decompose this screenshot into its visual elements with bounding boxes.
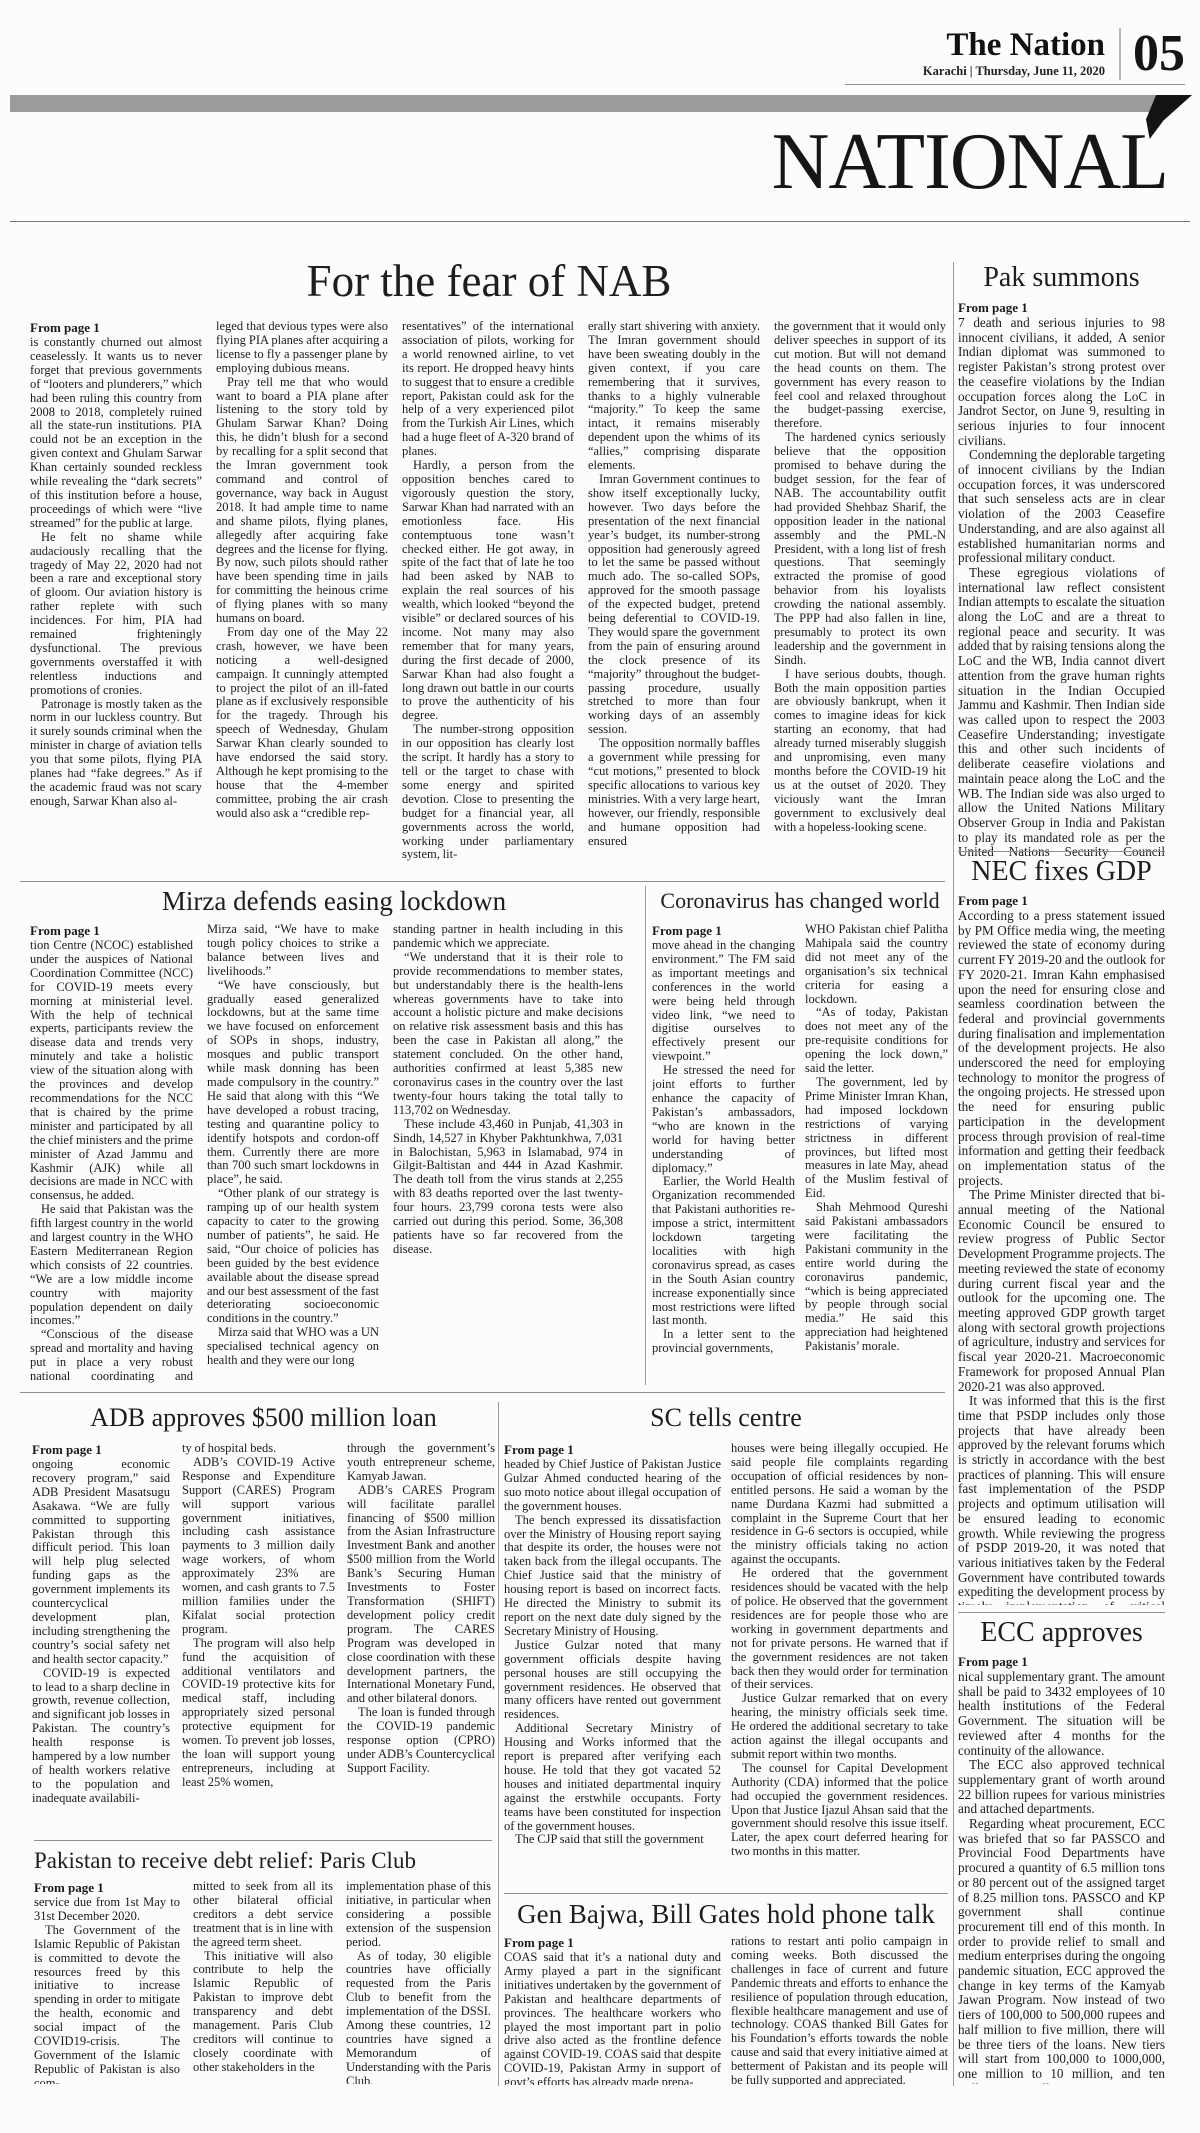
article-paragraph: In a letter sent to the provincial gover…: [652, 1328, 795, 1356]
article-column: ty of hospital beds.ADB’s COVID-19 Activ…: [182, 1442, 335, 1816]
from-page-1-kicker: From page 1: [504, 1442, 721, 1458]
dateline: Karachi | Thursday, June 11, 2020: [923, 64, 1105, 79]
headline-bajwa-gates: Gen Bajwa, Bill Gates hold phone talk: [504, 1897, 948, 1931]
article-paragraph: The Prime Minister directed that bi-annu…: [958, 1188, 1165, 1394]
article-coronavirus-world: Coronavirus has changed world From page …: [652, 886, 948, 1386]
newspaper-page: The Nation Karachi | Thursday, June 11, …: [0, 0, 1200, 2133]
sidebar-rule-nec: [958, 851, 1165, 852]
article-paragraph: The Government of the Islamic Republic o…: [34, 1924, 180, 2084]
headline-coronavirus-world: Coronavirus has changed world: [652, 886, 948, 916]
article-column: implementation phase of this initiative,…: [346, 1880, 491, 2084]
article-paragraph: Shah Mehmood Qureshi said Pakistani amba…: [805, 1201, 948, 1354]
article-paragraph: through the government’s youth entrepren…: [347, 1442, 495, 1484]
article-paragraph: “Other plank of our strategy is ramping …: [207, 1187, 379, 1326]
headline-mirza-lockdown: Mirza defends easing lockdown: [30, 886, 638, 917]
article-paragraph: Condemning the deplorable targeting of i…: [958, 448, 1165, 566]
article-column: From page 1service due from 1st May to 3…: [34, 1880, 180, 2084]
article-paragraph: Mirza said, “We have to make tough polic…: [207, 923, 379, 979]
article-column: standing partner in health including in …: [393, 923, 623, 1385]
headline-sc-tells-centre: SC tells centre: [504, 1402, 948, 1434]
article-paragraph: “We have consciously, but gradually ease…: [207, 979, 379, 1188]
article-column: From page 1is constantly churned out alm…: [30, 320, 202, 868]
article-column: erally start shivering with anxiety. The…: [588, 320, 760, 868]
from-page-1-kicker: From page 1: [958, 893, 1165, 909]
article-adb-loan: ADB approves $500 million loan From page…: [32, 1402, 495, 1840]
article-column: From page 1tion Centre (NCOC) establishe…: [30, 923, 193, 1385]
article-paragraph: The CJP said that still the government: [504, 1833, 721, 1847]
page-header: The Nation Karachi | Thursday, June 11, …: [845, 28, 1185, 80]
article-paragraph: headed by Chief Justice of Pakistan Just…: [504, 1458, 721, 1514]
from-page-1-kicker: From page 1: [34, 1880, 180, 1896]
section-label: NATIONAL: [690, 120, 1168, 204]
lower-rule: [20, 1392, 945, 1393]
paris-rule: [34, 1840, 492, 1841]
midpage-rule: [20, 881, 945, 882]
article-paragraph: He ordered that the government residence…: [731, 1567, 948, 1692]
article-paragraph: Hardly, a person from the opposition ben…: [402, 459, 574, 723]
from-page-1-kicker: From page 1: [958, 1654, 1165, 1670]
article-for-the-fear-of-nab: For the fear of NAB From page 1is consta…: [30, 244, 948, 868]
headline-ecc-approves: ECC approves: [958, 1617, 1165, 1649]
article-paragraph: These include 43,460 in Punjab, 41,303 i…: [393, 1118, 623, 1257]
article-paragraph: is constantly churned out almost ceasele…: [30, 336, 202, 531]
article-paragraph: He stressed the need for joint efforts t…: [652, 1064, 795, 1175]
article-pak-summons: Pak summons From page 17 death and serio…: [958, 262, 1165, 862]
article-column: resentatives” of the international assoc…: [402, 320, 574, 868]
article-paragraph: He felt no shame while audaciously recal…: [30, 531, 202, 698]
article-paragraph: houses were being illegally occupied. He…: [731, 1442, 948, 1567]
article-ecc-approves: ECC approves From page 1nical supplement…: [958, 1617, 1165, 2087]
article-paragraph: The counsel for Capital Development Auth…: [731, 1762, 948, 1859]
sidebar-divider: [953, 262, 954, 2086]
article-paragraph: He said that Pakistan was the fifth larg…: [30, 1203, 193, 1328]
article-paragraph: Additional Secretary Ministry of Housing…: [504, 1722, 721, 1833]
headline-nec-fixes-gdp: NEC fixes GDP: [958, 856, 1165, 888]
article-paragraph: As of today, 30 eligible countries have …: [346, 1950, 491, 2084]
headline-pak-summons: Pak summons: [958, 262, 1165, 294]
article-paragraph: ADB’s COVID-19 Active Response and Expen…: [182, 1456, 335, 1637]
article-bajwa-gates: Gen Bajwa, Bill Gates hold phone talk Fr…: [504, 1897, 948, 2089]
article-paragraph: service due from 1st May to 31st Decembe…: [34, 1896, 180, 1924]
mirza-corona-divider: [645, 886, 646, 1385]
article-column: through the government’s youth entrepren…: [347, 1442, 495, 1816]
article-paragraph: The opposition normally baffles a govern…: [588, 737, 760, 848]
article-paragraph: Justice Gulzar remarked that on every he…: [731, 1692, 948, 1762]
article-paragraph: COAS said that it’s a national duty and …: [504, 1951, 721, 2085]
article-paragraph: the government that it would only delive…: [774, 320, 946, 431]
article-paragraph: “We understand that it is their role to …: [393, 951, 623, 1118]
newspaper-masthead: The Nation: [923, 28, 1105, 62]
page-number: 05: [1133, 28, 1185, 80]
article-paragraph: The hardened cynics seriously believe th…: [774, 431, 946, 667]
headline-for-the-fear-of-nab: For the fear of NAB: [30, 256, 948, 306]
article-column: From page 1According to a press statemen…: [958, 893, 1165, 1605]
article-column: mitted to seek from all its other bilate…: [193, 1880, 333, 2084]
headline-paris-club: Pakistan to receive debt relief: Paris C…: [34, 1846, 493, 1876]
article-paragraph: COVID-19 is expected to lead to a sharp …: [32, 1667, 170, 1806]
article-column: From page 17 death and serious injuries …: [958, 300, 1165, 860]
article-paragraph: standing partner in health including in …: [393, 923, 623, 951]
from-page-1-kicker: From page 1: [32, 1442, 170, 1458]
header-rule: [845, 84, 1185, 85]
banner-rule: [10, 221, 1190, 222]
article-paragraph: Earlier, the World Health Organization r…: [652, 1175, 795, 1328]
article-paragraph: ADB’s CARES Program will facilitate para…: [347, 1484, 495, 1707]
article-paragraph: move ahead in the changing environment.”…: [652, 939, 795, 1064]
from-page-1-kicker: From page 1: [958, 300, 1165, 316]
article-paragraph: These egregious violations of internatio…: [958, 566, 1165, 860]
from-page-1-kicker: From page 1: [652, 923, 795, 939]
article-paragraph: resentatives” of the international assoc…: [402, 320, 574, 459]
article-paragraph: The bench expressed its dissatisfaction …: [504, 1514, 721, 1639]
article-paragraph: erally start shivering with anxiety. The…: [588, 320, 760, 473]
article-paragraph: nical supplementary grant. The amount sh…: [958, 1670, 1165, 1758]
article-column: From page 1COAS said that it’s a nationa…: [504, 1935, 721, 2085]
article-paragraph: Justice Gulzar noted that many governmen…: [504, 1639, 721, 1722]
article-column: From page 1nical supplementary grant. Th…: [958, 1654, 1165, 2084]
article-paragraph: The ECC also approved technical suppleme…: [958, 1758, 1165, 1817]
article-mirza-lockdown: Mirza defends easing lockdown From page …: [30, 886, 638, 1386]
from-page-1-kicker: From page 1: [30, 320, 202, 336]
from-page-1-kicker: From page 1: [30, 923, 193, 939]
article-column: the government that it would only delive…: [774, 320, 946, 868]
article-column: leged that devious types were also flyin…: [216, 320, 388, 868]
article-column: From page 1move ahead in the changing en…: [652, 923, 795, 1385]
article-paragraph: Patronage is mostly taken as the norm in…: [30, 698, 202, 809]
article-paragraph: This initiative will also contribute to …: [193, 1950, 333, 2075]
from-page-1-kicker: From page 1: [504, 1935, 721, 1951]
article-paragraph: WHO Pakistan chief Palitha Mahipala said…: [805, 923, 948, 1006]
article-paragraph: rations to restart anti polio campaign i…: [731, 1935, 948, 2085]
sidebar-rule-ecc: [958, 1612, 1165, 1613]
article-paragraph: ty of hospital beds.: [182, 1442, 335, 1456]
section-banner-bar: [10, 95, 1160, 112]
article-paragraph: I have serious doubts, though. Both the …: [774, 668, 946, 835]
article-paragraph: The program will also help fund the acqu…: [182, 1637, 335, 1790]
article-paragraph: Regarding wheat procurement, ECC was bri…: [958, 1817, 1165, 2084]
article-paragraph: According to a press statement issued by…: [958, 909, 1165, 1188]
article-paragraph: ongoing economic recovery program,” said…: [32, 1458, 170, 1667]
lower-center-divider: [498, 1402, 499, 2086]
article-paragraph: The number-strong opposition in our oppo…: [402, 723, 574, 862]
article-column: From page 1headed by Chief Justice of Pa…: [504, 1442, 721, 1870]
bajwa-rule: [504, 1893, 948, 1894]
article-paragraph: leged that devious types were also flyin…: [216, 320, 388, 376]
article-paragraph: “As of today, Pakistan does not meet any…: [805, 1006, 948, 1076]
article-column: rations to restart anti polio campaign i…: [731, 1935, 948, 2085]
article-paris-club: Pakistan to receive debt relief: Paris C…: [34, 1846, 493, 2088]
article-paragraph: tion Centre (NCOC) established under the…: [30, 939, 193, 1203]
article-nec-fixes-gdp: NEC fixes GDP From page 1According to a …: [958, 856, 1165, 1608]
article-paragraph: “Conscious of the disease spread and mor…: [30, 1328, 193, 1385]
headline-adb-loan: ADB approves $500 million loan: [32, 1402, 495, 1434]
article-paragraph: Imran Government continues to show itsel…: [588, 473, 760, 737]
article-paragraph: mitted to seek from all its other bilate…: [193, 1880, 333, 1950]
article-paragraph: The government, led by Prime Minister Im…: [805, 1076, 948, 1201]
article-paragraph: 7 death and serious injuries to 98 innoc…: [958, 316, 1165, 448]
article-sc-tells-centre: SC tells centre From page 1headed by Chi…: [504, 1402, 948, 1890]
article-column: Mirza said, “We have to make tough polic…: [207, 923, 379, 1385]
article-paragraph: The loan is funded through the COVID-19 …: [347, 1706, 495, 1776]
article-column: WHO Pakistan chief Palitha Mahipala said…: [805, 923, 948, 1385]
article-column: houses were being illegally occupied. He…: [731, 1442, 948, 1870]
article-paragraph: Pray tell me that who would want to boar…: [216, 376, 388, 626]
article-paragraph: It was informed that this is the first t…: [958, 1394, 1165, 1605]
article-column: From page 1ongoing economic recovery pro…: [32, 1442, 170, 1816]
article-paragraph: Mirza said that WHO was a UN specialised…: [207, 1326, 379, 1368]
article-paragraph: implementation phase of this initiative,…: [346, 1880, 491, 1950]
article-paragraph: From day one of the May 22 crash, howeve…: [216, 626, 388, 821]
